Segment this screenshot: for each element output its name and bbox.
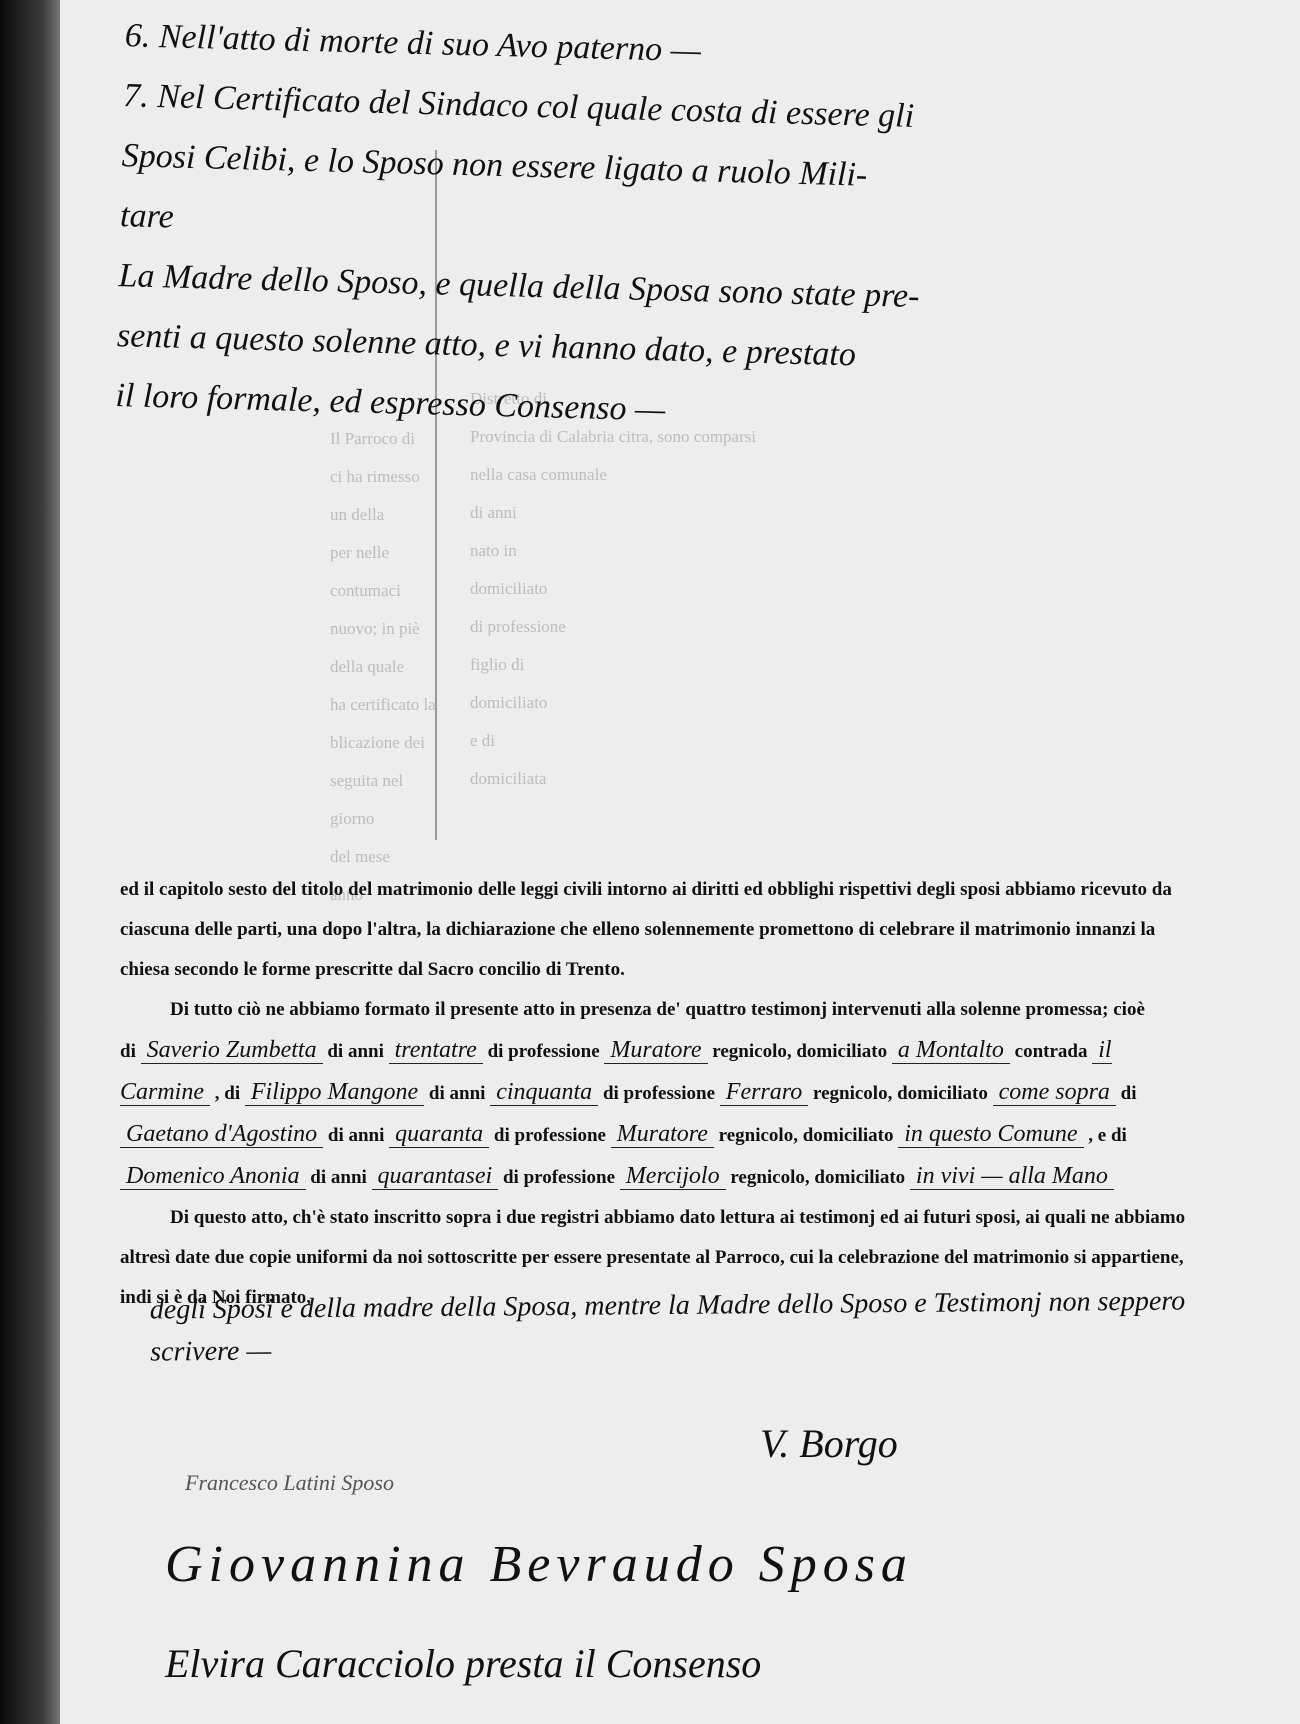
label: , e di [1088,1125,1127,1146]
witness-name: Domenico Anonia [120,1163,306,1190]
label: di professione [603,1083,715,1104]
faded-line: di professione [470,608,1190,646]
witness-residence: in vivi — alla Mano [910,1163,1114,1190]
witness-name: Gaetano d'Agostino [120,1121,323,1148]
faded-line: nato in [470,532,1190,570]
witness-age: quarantasei [372,1163,499,1190]
printed-body: ed il capitolo sesto del titolo del matr… [120,870,1190,1318]
witness-residence: come sopra [993,1079,1116,1106]
witness-age: cinquanta [490,1079,598,1106]
witness-profession: Muratore [611,1121,714,1148]
paragraph-1: ed il capitolo sesto del titolo del matr… [120,870,1190,990]
witness-profession: Ferraro [720,1079,808,1106]
witness-1: di Saverio Zumbetta di anni trentatre di… [120,1030,1190,1198]
handwritten-closing: degli Sposi e della madre della Sposa, m… [150,1280,1191,1373]
witness-name: Filippo Mangone [245,1079,424,1106]
faded-line: nuovo; in piè della quale [330,610,440,686]
label: di professione [488,1041,600,1062]
handwritten-annotations: 6. Nell'atto di morte di suo Avo paterno… [115,6,1186,454]
faded-line: ci ha rimesso un della [330,458,440,534]
witness-residence: in questo Comune [898,1121,1083,1148]
faded-line: e di [470,722,1190,760]
witness-age: quaranta [389,1121,489,1148]
faded-line: per nelle contumaci [330,534,440,610]
faded-line: blicazione dei [330,724,440,762]
label: regnicolo, domiciliato [712,1041,887,1062]
faded-line: nella casa comunale [470,456,1190,494]
groom-signature: Francesco Latini Sposo [185,1470,394,1496]
faded-line: seguita nel giorno [330,762,440,838]
witness-residence: a Montalto [892,1037,1010,1064]
label: di [120,1041,136,1062]
label: di anni [327,1041,384,1062]
faded-line: domiciliato [470,684,1190,722]
label: , di [215,1083,240,1104]
bride-signature: Giovannina Bevraudo Sposa [165,1535,913,1594]
paragraph-2-intro: Di tutto ciò ne abbiamo formato il prese… [120,990,1190,1030]
faded-form-left: Il Parroco di ci ha rimesso un della per… [330,420,440,914]
witness-profession: Muratore [604,1037,707,1064]
priest-signature: V. Borgo [760,1420,898,1467]
label: regnicolo, domiciliato [730,1167,905,1188]
faded-line: figlio di [470,646,1190,684]
label: regnicolo, domiciliato [813,1083,988,1104]
label: di professione [494,1125,606,1146]
witness-age: trentatre [389,1037,483,1064]
witness-name: Saverio Zumbetta [141,1037,323,1064]
faded-line: domiciliato [470,570,1190,608]
label: contrada [1015,1041,1088,1062]
label: di professione [503,1167,615,1188]
label: di anni [328,1125,385,1146]
book-binding [0,0,60,1724]
label: regnicolo, domiciliato [719,1125,894,1146]
faded-line: di anni [470,494,1190,532]
faded-line: ha certificato la [330,686,440,724]
label: di anni [429,1083,486,1104]
mother-signature: Elvira Caracciolo presta il Consenso [165,1640,761,1687]
label: di anni [310,1167,367,1188]
faded-line: domiciliata [470,760,1190,798]
witness-profession: Mercijolo [620,1163,726,1190]
label: di [1121,1083,1137,1104]
